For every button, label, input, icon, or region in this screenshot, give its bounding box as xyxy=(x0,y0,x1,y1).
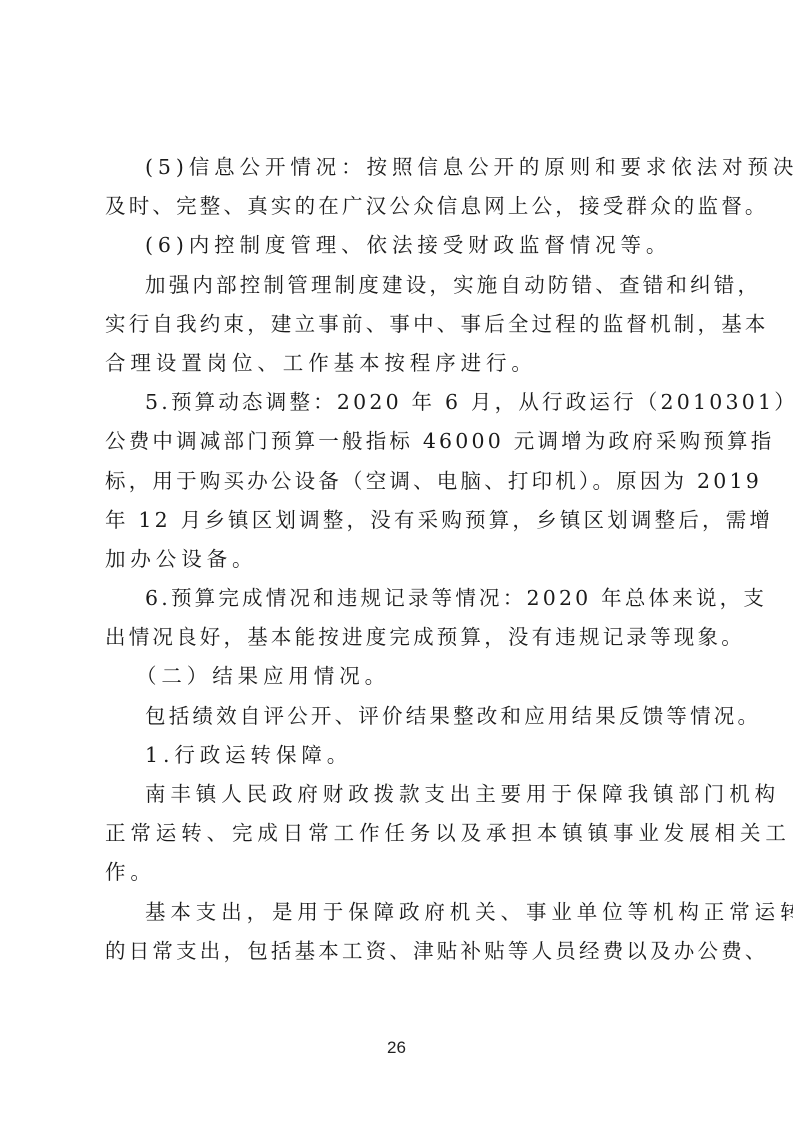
paragraph-info-disclosure: (5)信息公开情况：按照信息公开的原则和要求依法对预决算 xyxy=(105,148,697,187)
text-line: 加办公设备。 xyxy=(105,540,697,579)
paragraph-budget-completion: 6.预算完成情况和违规记录等情况：2020 年总体来说，支 xyxy=(105,579,697,618)
text-line: 合理设置岗位、工作基本按程序进行。 xyxy=(105,344,697,383)
body-text: (5)信息公开情况：按照信息公开的原则和要求依法对预决算 及时、完整、真实的在广… xyxy=(105,148,697,971)
text-line: 正常运转、完成日常工作任务以及承担本镇镇事业发展相关工 xyxy=(105,814,697,853)
subheading-admin-operation: 1.行政运转保障。 xyxy=(105,736,697,775)
text-line: 出情况良好，基本能按进度完成预算，没有违规记录等现象。 xyxy=(105,618,697,657)
text-line: 的日常支出，包括基本工资、津贴补贴等人员经费以及办公费、 xyxy=(105,932,697,971)
document-page: (5)信息公开情况：按照信息公开的原则和要求依法对预决算 及时、完整、真实的在广… xyxy=(0,0,793,1122)
text-line: 作。 xyxy=(105,853,697,892)
text-line: 及时、完整、真实的在广汉公众信息网上公，接受群众的监督。 xyxy=(105,187,697,226)
text-line: 公费中调减部门预算一般指标 46000 元调增为政府采购预算指 xyxy=(105,422,697,461)
text-line: 标，用于购买办公设备（空调、电脑、打印机）。原因为 2019 xyxy=(105,462,697,501)
text-line: 年 12 月乡镇区划调整，没有采购预算，乡镇区划调整后，需增 xyxy=(105,501,697,540)
paragraph-budget-adjustment: 5.预算动态调整：2020 年 6 月，从行政运行（2010301）办 xyxy=(105,383,697,422)
paragraph-results-scope: 包括绩效自评公开、评价结果整改和应用结果反馈等情况。 xyxy=(105,697,697,736)
section-heading-results-application: （二）结果应用情况。 xyxy=(105,657,697,696)
text-line: 实行自我约束，建立事前、事中、事后全过程的监督机制，基本 xyxy=(105,305,697,344)
paragraph-internal-control: (6)内控制度管理、依法接受财政监督情况等。 xyxy=(105,226,697,265)
paragraph-basic-expenditure: 基本支出，是用于保障政府机关、事业单位等机构正常运转 xyxy=(105,893,697,932)
page-number: 26 xyxy=(0,1038,793,1058)
paragraph-nanfeng-town: 南丰镇人民政府财政拨款支出主要用于保障我镇部门机构 xyxy=(105,775,697,814)
paragraph-strengthen-control: 加强内部控制管理制度建设，实施自动防错、查错和纠错， xyxy=(105,266,697,305)
